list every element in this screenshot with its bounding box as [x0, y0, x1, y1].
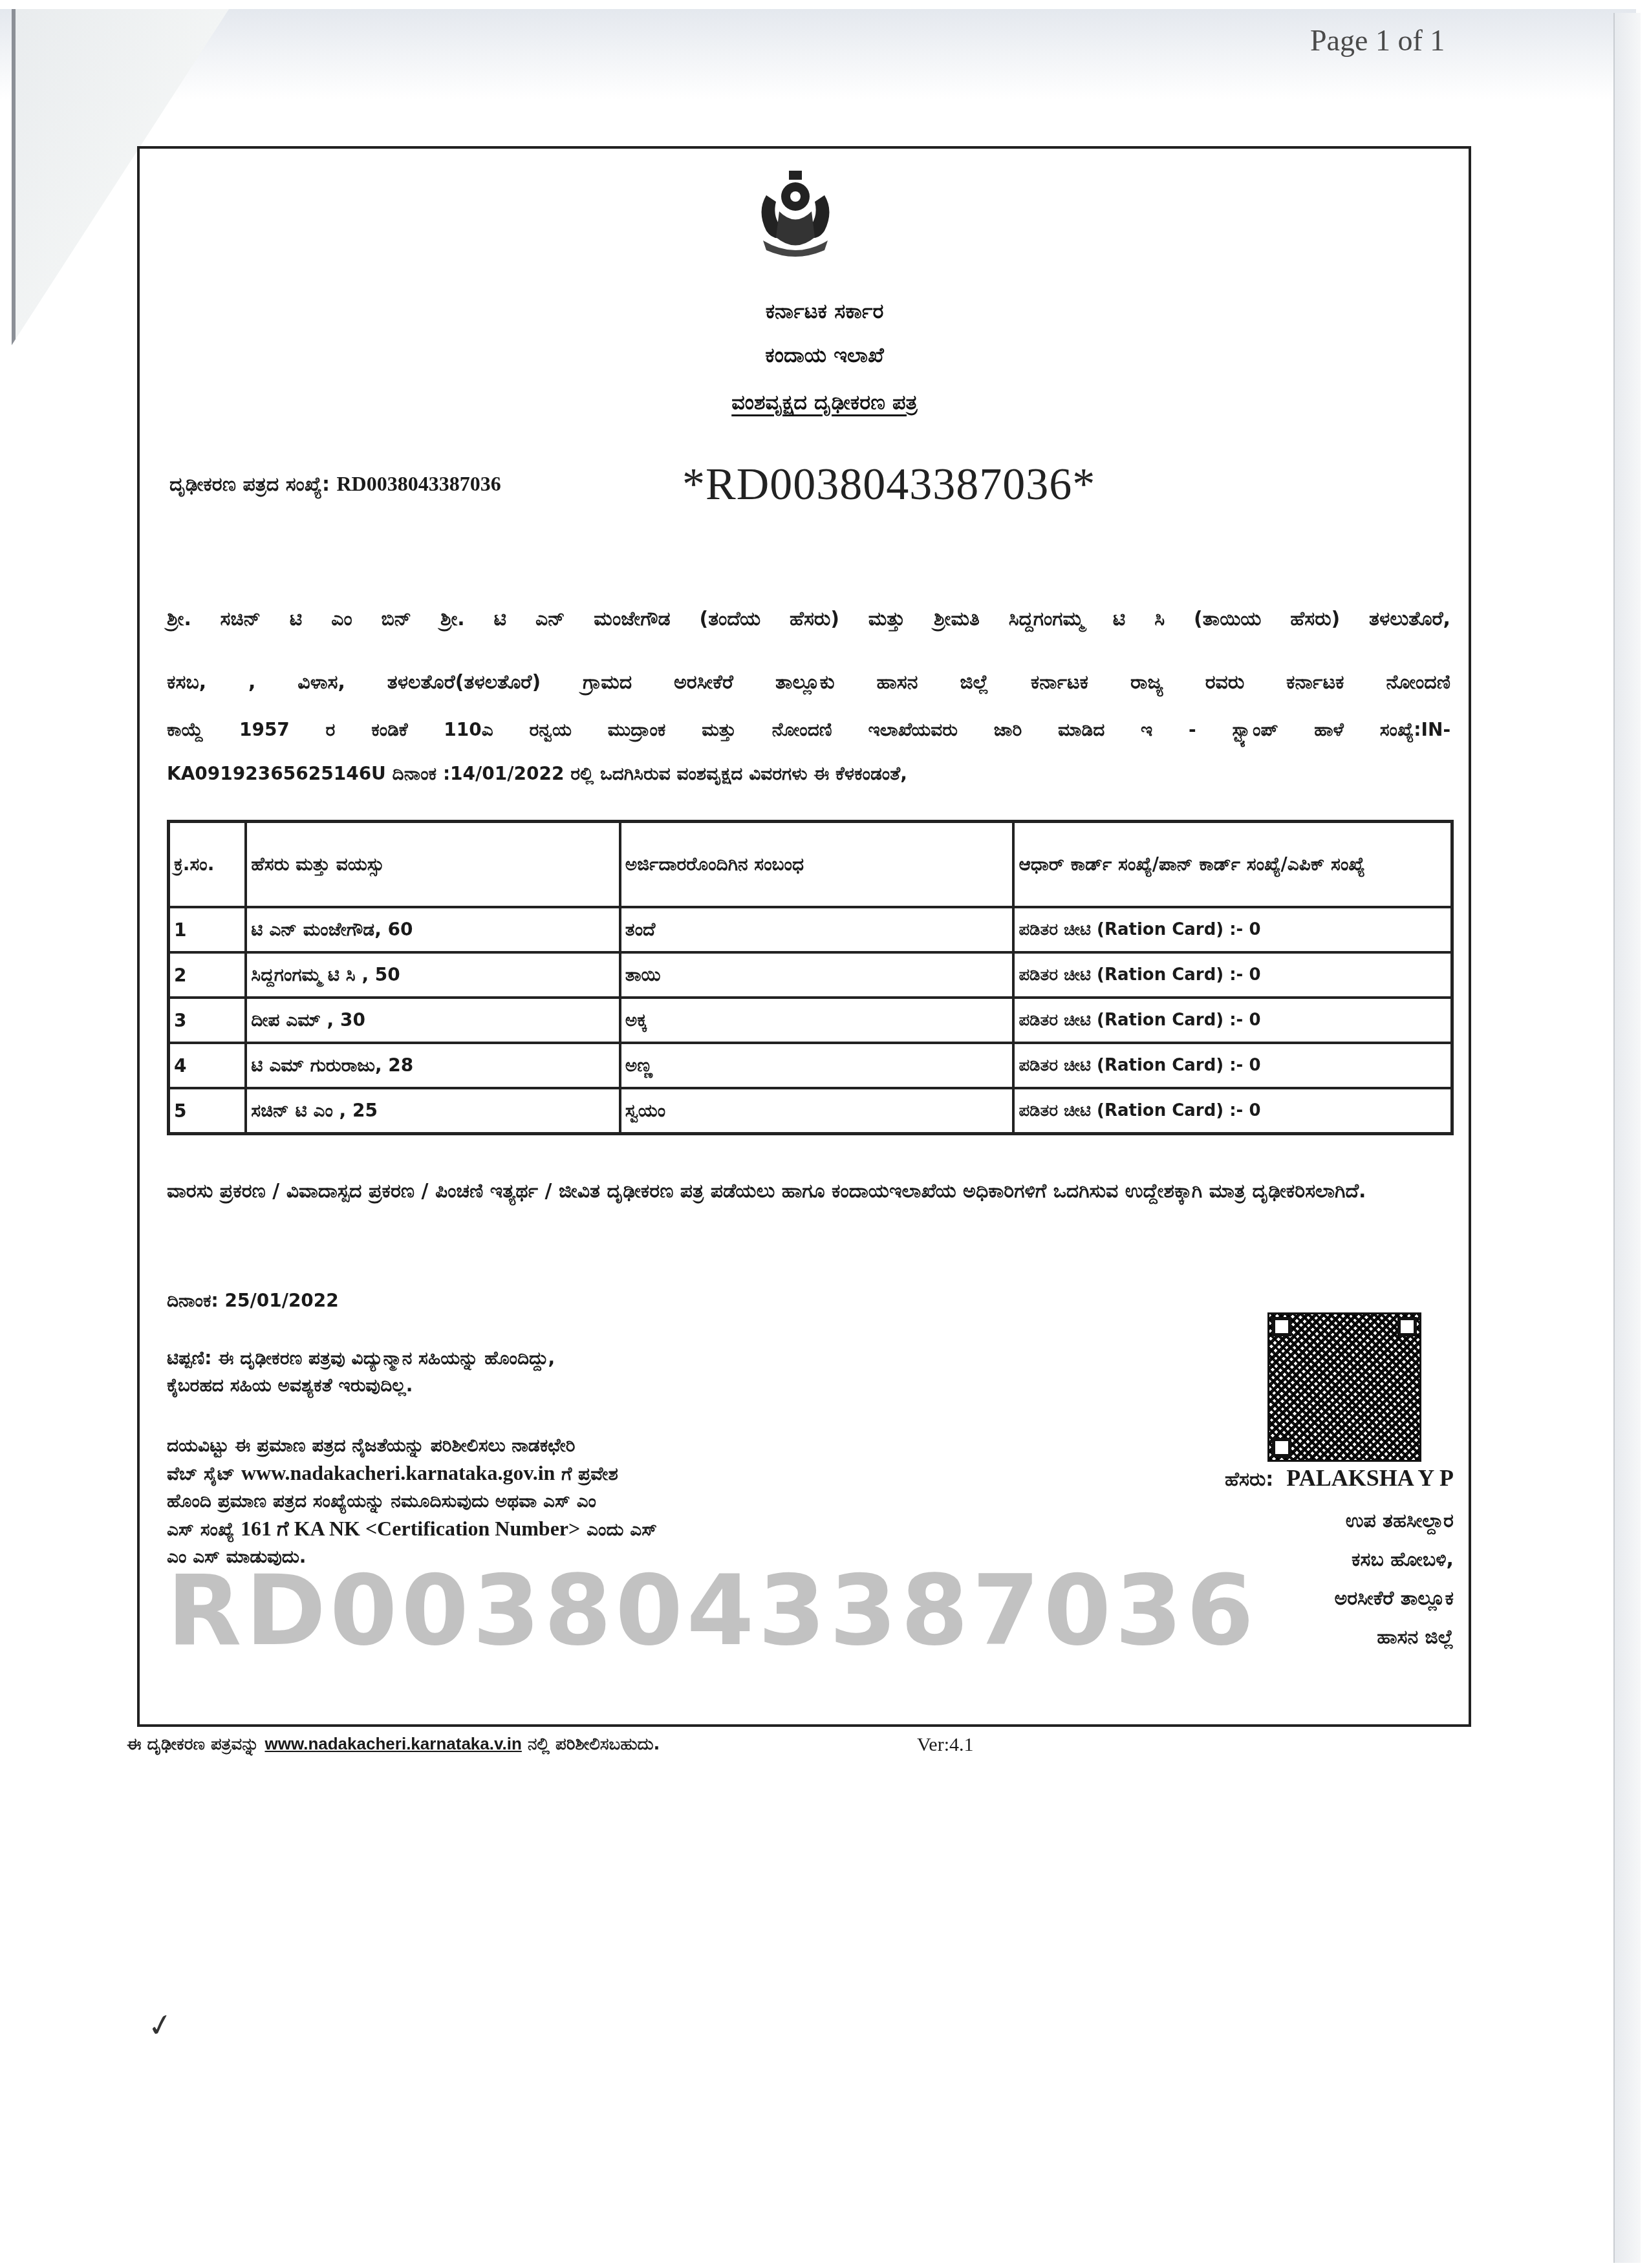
cell-id: ಪಡಿತರ ಚೀಟಿ (Ration Card) :- 0 [1013, 907, 1452, 952]
col-relation: ಅರ್ಜಿದಾರರೊಂದಿಗಿನ ಸಂಬಂಧ [620, 822, 1014, 908]
qr-finder-icon [1272, 1317, 1291, 1336]
col-id-number: ಆಧಾರ್ ಕಾರ್ಡ್ ಸಂಖ್ಯೆ/ಪಾನ್ ಕಾರ್ಡ್ ಸಂಖ್ಯೆ/ಎ… [1013, 822, 1452, 908]
footer-verify-link[interactable]: www.nadakacheri.karnataka.v.in [264, 1734, 521, 1753]
signer-taluk: ಅರಸೀಕೆರೆ ತಾಲ್ಲೂಕ [1334, 1587, 1454, 1610]
verify-line-1: ದಯವಿಟ್ಟು ಈ ಪ್ರಮಾಣ ಪತ್ರದ ನೈಜತೆಯನ್ನು ಪರಿಶೀ… [167, 1432, 657, 1459]
cell-relation: ಅಕ್ಕ [620, 998, 1014, 1043]
footer-text: ಈ ದೃಢೀಕರಣ ಪತ್ರವನ್ನು [127, 1735, 264, 1754]
document-title: ವಂಶವೃಕ್ಷದ ದೃಢೀಕರಣ ಪತ್ರ [0, 390, 1649, 415]
applicant-line: ಶ್ರೀ. ಸಚಿನ್ ಟಿ ಎಂ ಬಿನ್ ಶ್ರೀ. ಟಿ ಎನ್ ಮಂಜೇ… [167, 608, 1450, 630]
address-line: ಕಸಬ, , ವಿಳಾಸ, ತಳಲತೊರೆ(ತಳಲತೊರೆ) ಗ್ರಾಮದ ಅರ… [167, 671, 1450, 694]
qr-finder-icon [1272, 1438, 1291, 1457]
signer-name-label: ಹೆಸರು: [1225, 1468, 1273, 1491]
remark-line-1: ಟಿಪ್ಪಣಿ: ಈ ದೃಢೀಕರಣ ಪತ್ರವು ವಿದ್ಯುನ್ಮಾನ ಸಹ… [167, 1345, 555, 1372]
cell-relation: ಸ್ವಯಂ [620, 1088, 1014, 1134]
cell-name-age: ದೀಪ ಎಮ್ , 30 [246, 998, 620, 1043]
cell-serial: 4 [169, 1043, 246, 1088]
cell-name-age: ಸಿದ್ದಗಂಗಮ್ಮ ಟಿ ಸಿ , 50 [246, 952, 620, 998]
footer-note: ಈ ದೃಢೀಕರಣ ಪತ್ರವನ್ನು www.nadakacheri.karn… [127, 1734, 660, 1755]
estamp-line: KA09192365625146U ದಿನಾಂಕ :14/01/2022 ರಲ್… [167, 763, 1450, 785]
verify-line-2: ವೆಬ್ ಸೈಟ್ www.nadakacheri.karnataka.gov.… [167, 1459, 657, 1488]
cell-serial: 5 [169, 1088, 246, 1134]
verify-text: ಗೆ ಪ್ರವೇಶ [555, 1463, 618, 1484]
act-line: ಕಾಯ್ದೆ 1957 ರ ಕಂಡಿಕೆ 110ಎ ರನ್ವಯ ಮುದ್ರಾಂಕ… [167, 719, 1450, 741]
certificate-number-row: ದೃಢೀಕರಣ ಪತ್ರದ ಸಂಖ್ಯೆ: RD0038043387036 [169, 472, 501, 496]
verify-text: ಎಸ್ ಸಂಖ್ಯೆ [167, 1519, 241, 1540]
table-row: 4 ಟಿ ಎಮ್ ಗುರುರಾಜು, 28 ಅಣ್ಣ ಪಡಿತರ ಚೀಟಿ (R… [169, 1043, 1452, 1088]
table-row: 2 ಸಿದ್ದಗಂಗಮ್ಮ ಟಿ ಸಿ , 50 ತಾಯಿ ಪಡಿತರ ಚೀಟಿ… [169, 952, 1452, 998]
qr-finder-icon [1397, 1317, 1417, 1336]
cell-name-age: ಸಚಿನ್ ಟಿ ಎಂ , 25 [246, 1088, 620, 1134]
government-name: ಕರ್ನಾಟಕ ಸರ್ಕಾರ [0, 299, 1649, 324]
version-label: Ver:4.1 [917, 1734, 973, 1756]
family-tree-table: ಕ್ರ.ಸಂ. ಹೆಸರು ಮತ್ತು ವಯಸ್ಸು ಅರ್ಜಿದಾರರೊಂದಿ… [167, 820, 1454, 1135]
page-indicator: Page 1 of 1 [1310, 23, 1445, 58]
signer-name: PALAKSHA Y P [1286, 1465, 1454, 1491]
verify-text: ಎಂದು ಎಸ್ [580, 1519, 657, 1540]
certificate-number-label: ದೃಢೀಕರಣ ಪತ್ರದ ಸಂಖ್ಯೆ: [169, 473, 330, 496]
verify-line-4: ಎಸ್ ಸಂಖ್ಯೆ 161 ಗೆ KA NK <Certification N… [167, 1515, 657, 1543]
verify-line-3: ಹೊಂದಿ ಪ್ರಮಾಣ ಪತ್ರದ ಸಂಖ್ಯೆಯನ್ನು ನಮೂದಿಸುವು… [167, 1488, 657, 1515]
handwritten-tick-mark: ✓ [144, 2006, 176, 2046]
cell-id: ಪಡಿತರ ಚೀಟಿ (Ration Card) :- 0 [1013, 998, 1452, 1043]
digital-signature-remark: ಟಿಪ್ಪಣಿ: ಈ ದೃಢೀಕರಣ ಪತ್ರವು ವಿದ್ಯುನ್ಮಾನ ಸಹ… [167, 1345, 555, 1399]
barcode-number: *RD0038043387036* [682, 459, 1095, 511]
signer-designation: ಉಪ ತಹಸೀಲ್ದಾರ [1346, 1510, 1454, 1532]
certificate-watermark: RD0038043387036 [167, 1555, 1258, 1667]
purpose-note: ವಾರಸು ಪ್ರಕರಣ / ವಿವಾದಾಸ್ಪದ ಪ್ರಕರಣ / ಪಿಂಚಣ… [167, 1171, 1450, 1212]
issue-date: ದಿನಾಂಕ: 25/01/2022 [167, 1290, 339, 1312]
table-row: 3 ದೀಪ ಎಮ್ , 30 ಅಕ್ಕ ಪಡಿತರ ಚೀಟಿ (Ration C… [169, 998, 1452, 1043]
cell-name-age: ಟಿ ಎನ್ ಮಂಜೇಗೌಡ, 60 [246, 907, 620, 952]
cell-serial: 1 [169, 907, 246, 952]
cell-relation: ಅಣ್ಣ [620, 1043, 1014, 1088]
remark-line-2: ಕೈಬರಹದ ಸಹಿಯ ಅವಶ್ಯಕತೆ ಇರುವುದಿಲ್ಲ. [167, 1372, 555, 1399]
signer-name-row: ಹೆಸರು:PALAKSHA Y P [1225, 1464, 1454, 1492]
date-value: 25/01/2022 [225, 1290, 339, 1311]
cell-id: ಪಡಿತರ ಚೀಟಿ (Ration Card) :- 0 [1013, 952, 1452, 998]
verify-text: ವೆಬ್ ಸೈಟ್ [167, 1463, 241, 1484]
date-label: ದಿನಾಂಕ: [167, 1290, 219, 1311]
state-emblem-icon [753, 169, 837, 257]
table-row: 1 ಟಿ ಎನ್ ಮಂಜೇಗೌಡ, 60 ತಂದೆ ಪಡಿತರ ಚೀಟಿ (Ra… [169, 907, 1452, 952]
signer-hobli: ಕಸಬ ಹೋಬಳಿ, [1352, 1548, 1454, 1571]
cell-id: ಪಡಿತರ ಚೀಟಿ (Ration Card) :- 0 [1013, 1043, 1452, 1088]
cell-relation: ತಂದೆ [620, 907, 1014, 952]
table-header-row: ಕ್ರ.ಸಂ. ಹೆಸರು ಮತ್ತು ವಯಸ್ಸು ಅರ್ಜಿದಾರರೊಂದಿ… [169, 822, 1452, 908]
department-name: ಕಂದಾಯ ಇಲಾಖೆ [0, 343, 1649, 368]
cell-id: ಪಡಿತರ ಚೀಟಿ (Ration Card) :- 0 [1013, 1088, 1452, 1134]
certificate-number: RD0038043387036 [337, 472, 501, 495]
cell-serial: 3 [169, 998, 246, 1043]
cell-name-age: ಟಿ ಎಮ್ ಗುರುರಾಜು, 28 [246, 1043, 620, 1088]
col-serial: ಕ್ರ.ಸಂ. [169, 822, 246, 908]
col-name-age: ಹೆಸರು ಮತ್ತು ವಯಸ್ಸು [246, 822, 620, 908]
table-row: 5 ಸಚಿನ್ ಟಿ ಎಂ , 25 ಸ್ವಯಂ ಪಡಿತರ ಚೀಟಿ (Rat… [169, 1088, 1452, 1134]
qr-code-icon[interactable] [1267, 1312, 1421, 1462]
footer-text: ನಲ್ಲಿ ಪರಿಶೀಲಿಸಬಹುದು. [522, 1735, 660, 1754]
sms-format: 161 ಗೆ KA NK <Certification Number> [241, 1517, 580, 1540]
verification-instructions: ದಯವಿಟ್ಟು ಈ ಪ್ರಮಾಣ ಪತ್ರದ ನೈಜತೆಯನ್ನು ಪರಿಶೀ… [167, 1432, 657, 1570]
verification-website-link[interactable]: www.nadakacheri.karnataka.gov.in [241, 1461, 555, 1484]
cell-relation: ತಾಯಿ [620, 952, 1014, 998]
signer-district: ಹಾಸನ ಜಿಲ್ಲೆ [1377, 1626, 1454, 1649]
cell-serial: 2 [169, 952, 246, 998]
